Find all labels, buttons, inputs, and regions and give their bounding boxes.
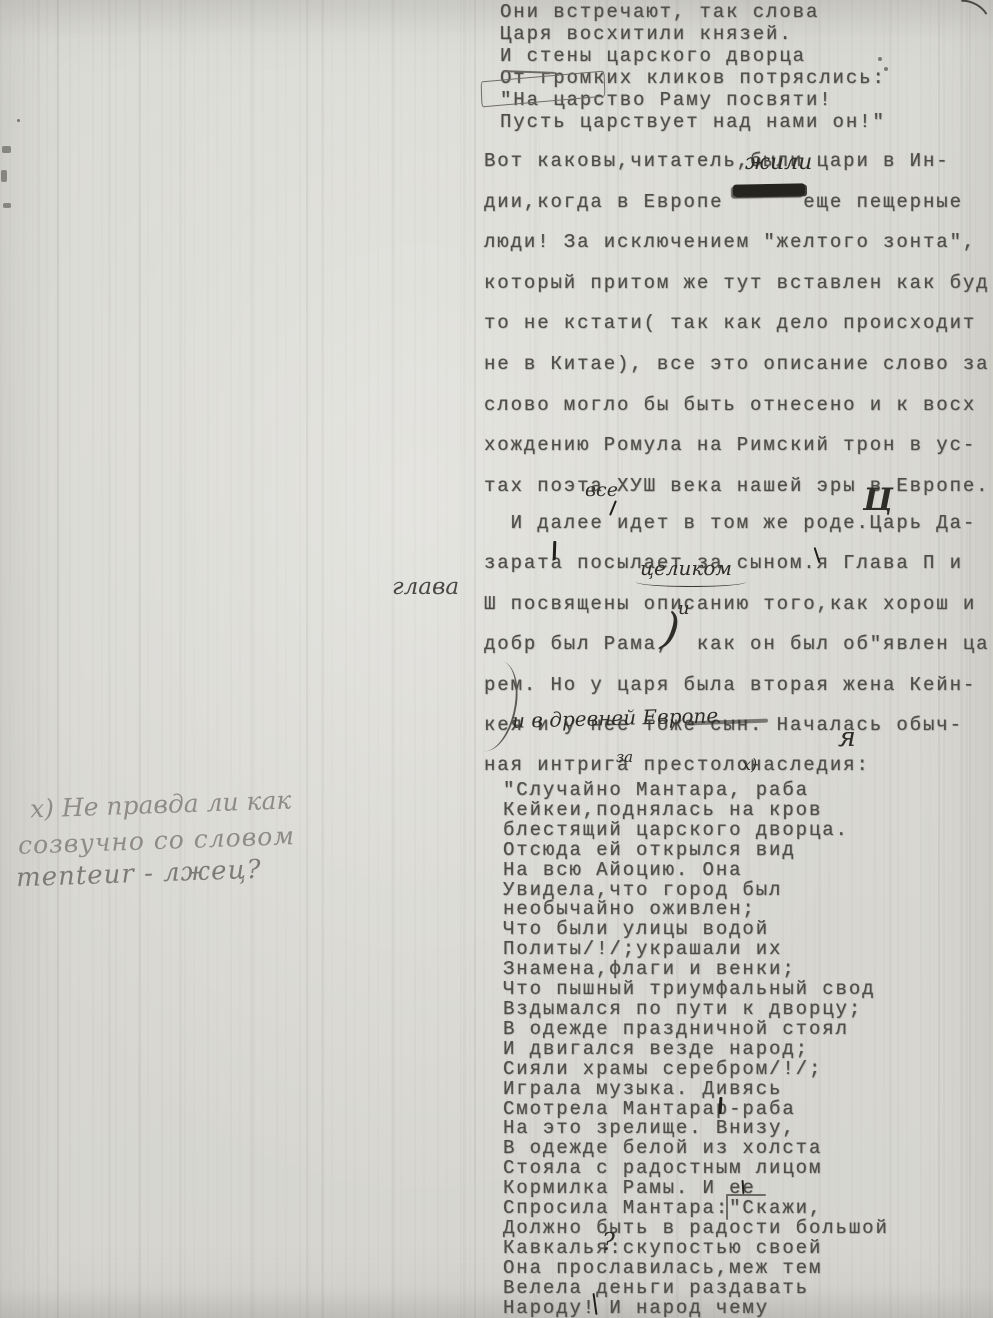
handwritten-question-mark: ? — [602, 1228, 615, 1256]
margin-note-line-1: х) Не правда ли как — [30, 783, 292, 825]
ink-smudge — [1, 170, 7, 182]
scanned-typescript-page: Они встречают, так слова Царя восхитили … — [0, 0, 993, 1318]
scan-streak — [306, 0, 308, 1318]
ink-smudge — [2, 146, 11, 153]
pencil-corner-horizontal — [726, 1194, 766, 1196]
handwritten-insert-za: за — [616, 748, 633, 766]
scan-streak — [57, 0, 59, 1318]
pen-tick — [949, 0, 993, 32]
struck-word-overlay — [733, 183, 805, 196]
pencil-corner-vertical — [726, 1194, 728, 1220]
ink-dot — [17, 119, 20, 122]
scan-streak — [139, 0, 141, 1318]
handwritten-insert-vse: все — [585, 479, 618, 501]
ink-smudge — [3, 203, 11, 208]
scan-streak — [474, 0, 476, 1318]
verse-block-quote: "Случайно Мантара, раба Кейкеи,поднялась… — [503, 781, 889, 1318]
footnote-mark: х) — [742, 755, 757, 774]
prose-paragraph-2: И далее идет в том же роде.Царь Да- зара… — [484, 503, 989, 786]
handwritten-letter-tse: Ц — [863, 482, 893, 518]
handwritten-insert-zhili: жили — [745, 150, 812, 175]
handwritten-letter-ya: я — [838, 722, 856, 753]
handwritten-margin-glava: глава — [392, 574, 459, 600]
handwritten-insert-tselikom: целиком — [640, 556, 732, 580]
verse-block-top: Они встречают, так слова Царя восхитили … — [500, 1, 886, 133]
